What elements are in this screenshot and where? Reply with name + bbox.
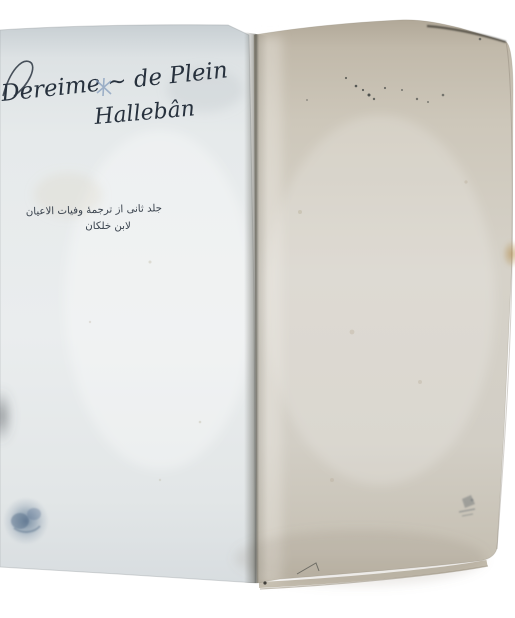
round-ink-stamp	[3, 497, 49, 545]
gutter-speck	[263, 581, 266, 584]
open-book-illustration: Dereime ~ de Plein Hallebân جلد ثانى از …	[0, 0, 515, 618]
book-photo: Dereime ~ de Plein Hallebân جلد ثانى از …	[0, 0, 515, 618]
arabic-line2: لابن خلكان	[85, 221, 131, 232]
gutter-shadow	[244, 32, 268, 583]
